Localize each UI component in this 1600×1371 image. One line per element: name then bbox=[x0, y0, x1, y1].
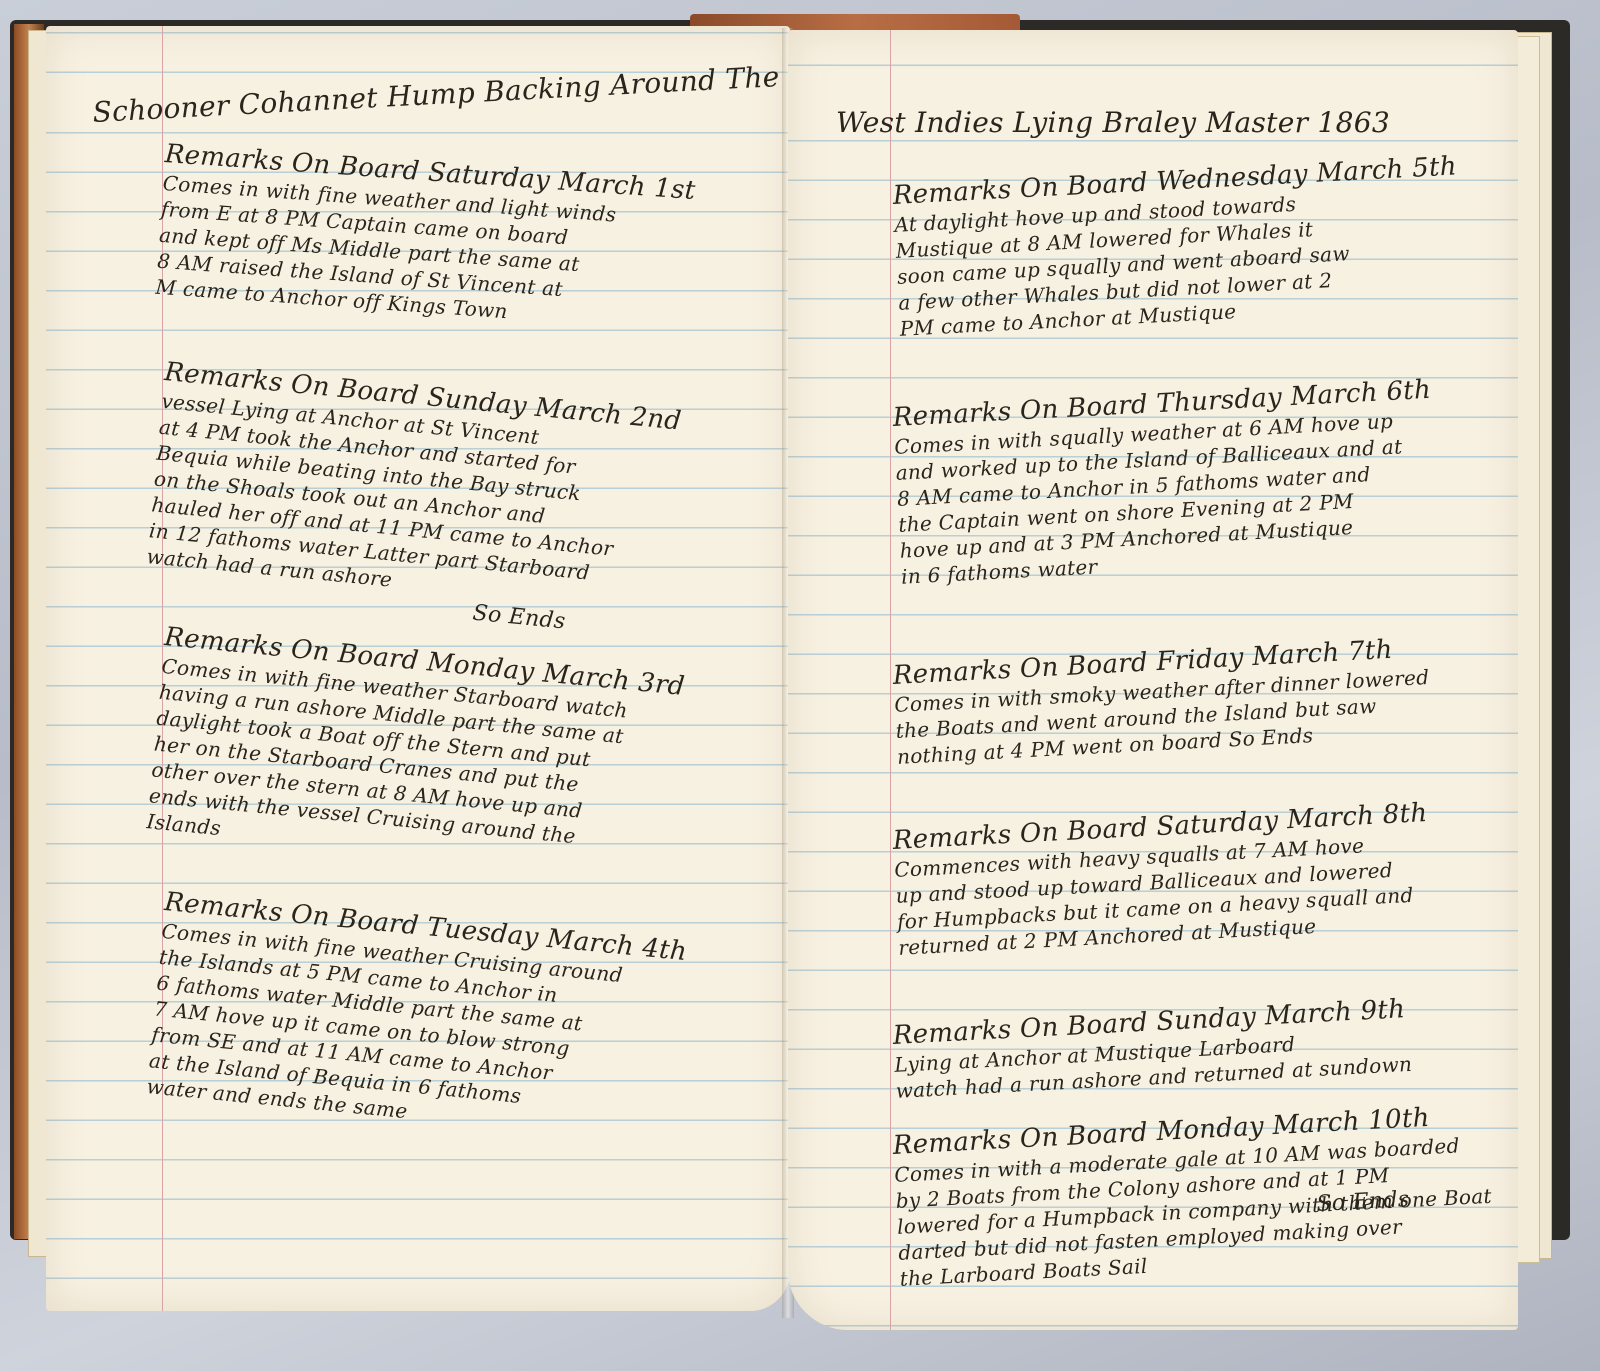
log-entry: Remarks On Board Tuesday March 4th Comes… bbox=[145, 886, 688, 1149]
log-entry: Remarks On Board Sunday March 9th Lying … bbox=[892, 993, 1413, 1104]
log-entry: Remarks On Board Sunday March 2nd vessel… bbox=[143, 356, 683, 645]
margin-line bbox=[890, 30, 891, 1330]
log-entry: Remarks On Board Monday March 3rd Comes … bbox=[145, 621, 686, 884]
left-page-title: Schooner Cohannet Hump Backing Around Th… bbox=[92, 64, 780, 126]
log-entry: Remarks On Board Saturday March 8th Comm… bbox=[892, 797, 1434, 961]
right-page: West Indies Lying Braley Master 1863 Rem… bbox=[788, 30, 1518, 1330]
log-entry: Remarks On Board Monday March 10th Comes… bbox=[892, 1099, 1492, 1240]
log-entry: Remarks On Board Saturday March 1st Come… bbox=[155, 138, 697, 337]
left-page: Schooner Cohannet Hump Backing Around Th… bbox=[46, 26, 790, 1311]
log-entry: Remarks On Board Friday March 7th Comes … bbox=[892, 632, 1433, 770]
right-page-title: West Indies Lying Braley Master 1863 bbox=[836, 110, 1390, 136]
log-entry: Remarks On Board Thursday March 6th Come… bbox=[892, 374, 1440, 590]
log-entry: Remarks On Board Wednesday March 5th At … bbox=[892, 150, 1464, 341]
